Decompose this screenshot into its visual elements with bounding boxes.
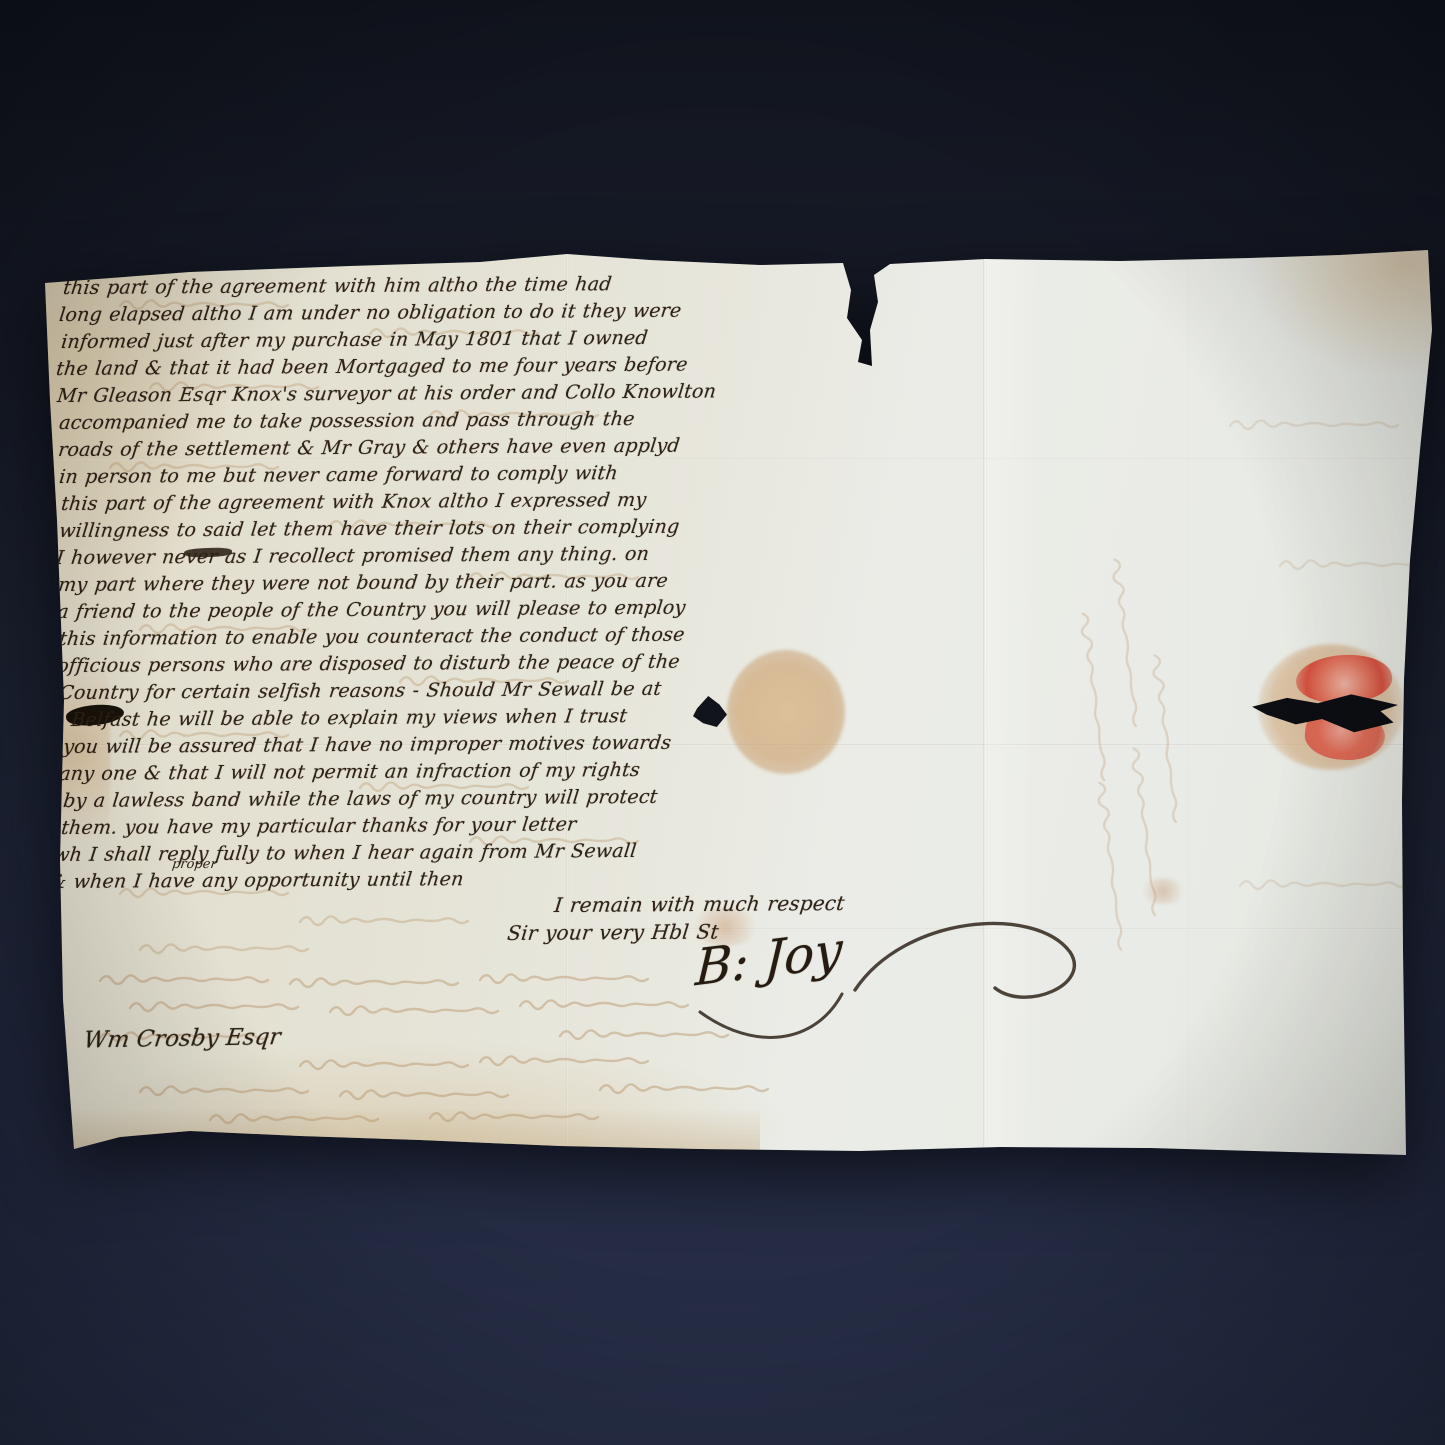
photo-of-handwritten-letter: this part of the agreement with him alth… (0, 0, 1445, 1445)
photo-vignette (0, 0, 1445, 1445)
